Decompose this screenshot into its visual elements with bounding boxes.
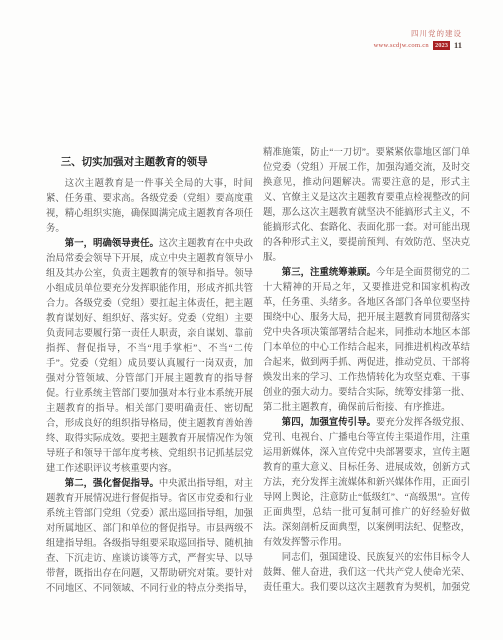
article-body: 三、切实加强对主题教育的领导 这次主题教育是一件事关全局的大事，时间紧、任务重、… — [46, 146, 470, 598]
paragraph: 这次主题教育是一件事关全局的大事，时间紧、任务重、要求高。各级党委（党组）要高度… — [46, 177, 253, 237]
paragraph-lead: 第四，加强宣传引导。 — [282, 418, 376, 428]
paragraph-lead: 第三，注重统筹兼顾。 — [282, 268, 376, 278]
paragraph: 第一，明确领导责任。这次主题教育在中央政治局常委会领导下开展，成立中央主题教育领… — [46, 237, 253, 477]
masthead: 四川党的建设 www.scdjw.com.cn 2023 11 — [374, 29, 462, 51]
magazine-page: 四川党的建设 www.scdjw.com.cn 2023 11 三、切实加强对主… — [0, 0, 503, 640]
journal-name: 四川党的建设 — [374, 29, 462, 38]
paragraph: 第四，加强宣传引导。要充分发挥各级党报、党刊、电视台、广播电台等宣传主渠道作用，… — [263, 416, 470, 551]
two-column-text: 三、切实加强对主题教育的领导 这次主题教育是一件事关全局的大事，时间紧、任务重、… — [46, 146, 470, 598]
page-number: 11 — [454, 40, 462, 51]
masthead-info-row: www.scdjw.com.cn 2023 11 — [374, 40, 462, 51]
paragraph-lead: 第二，强化督促指导。 — [65, 479, 159, 489]
paragraph-lead: 第一，明确领导责任。 — [65, 239, 159, 249]
section-heading: 三、切实加强对主题教育的领导 — [46, 146, 253, 170]
paragraph: 第三，注重统筹兼顾。今年是全面贯彻党的二十大精神的开局之年，又要推进党和国家机构… — [263, 266, 470, 416]
issue-year-badge: 2023 — [433, 41, 450, 50]
journal-website: www.scdjw.com.cn — [374, 42, 429, 50]
